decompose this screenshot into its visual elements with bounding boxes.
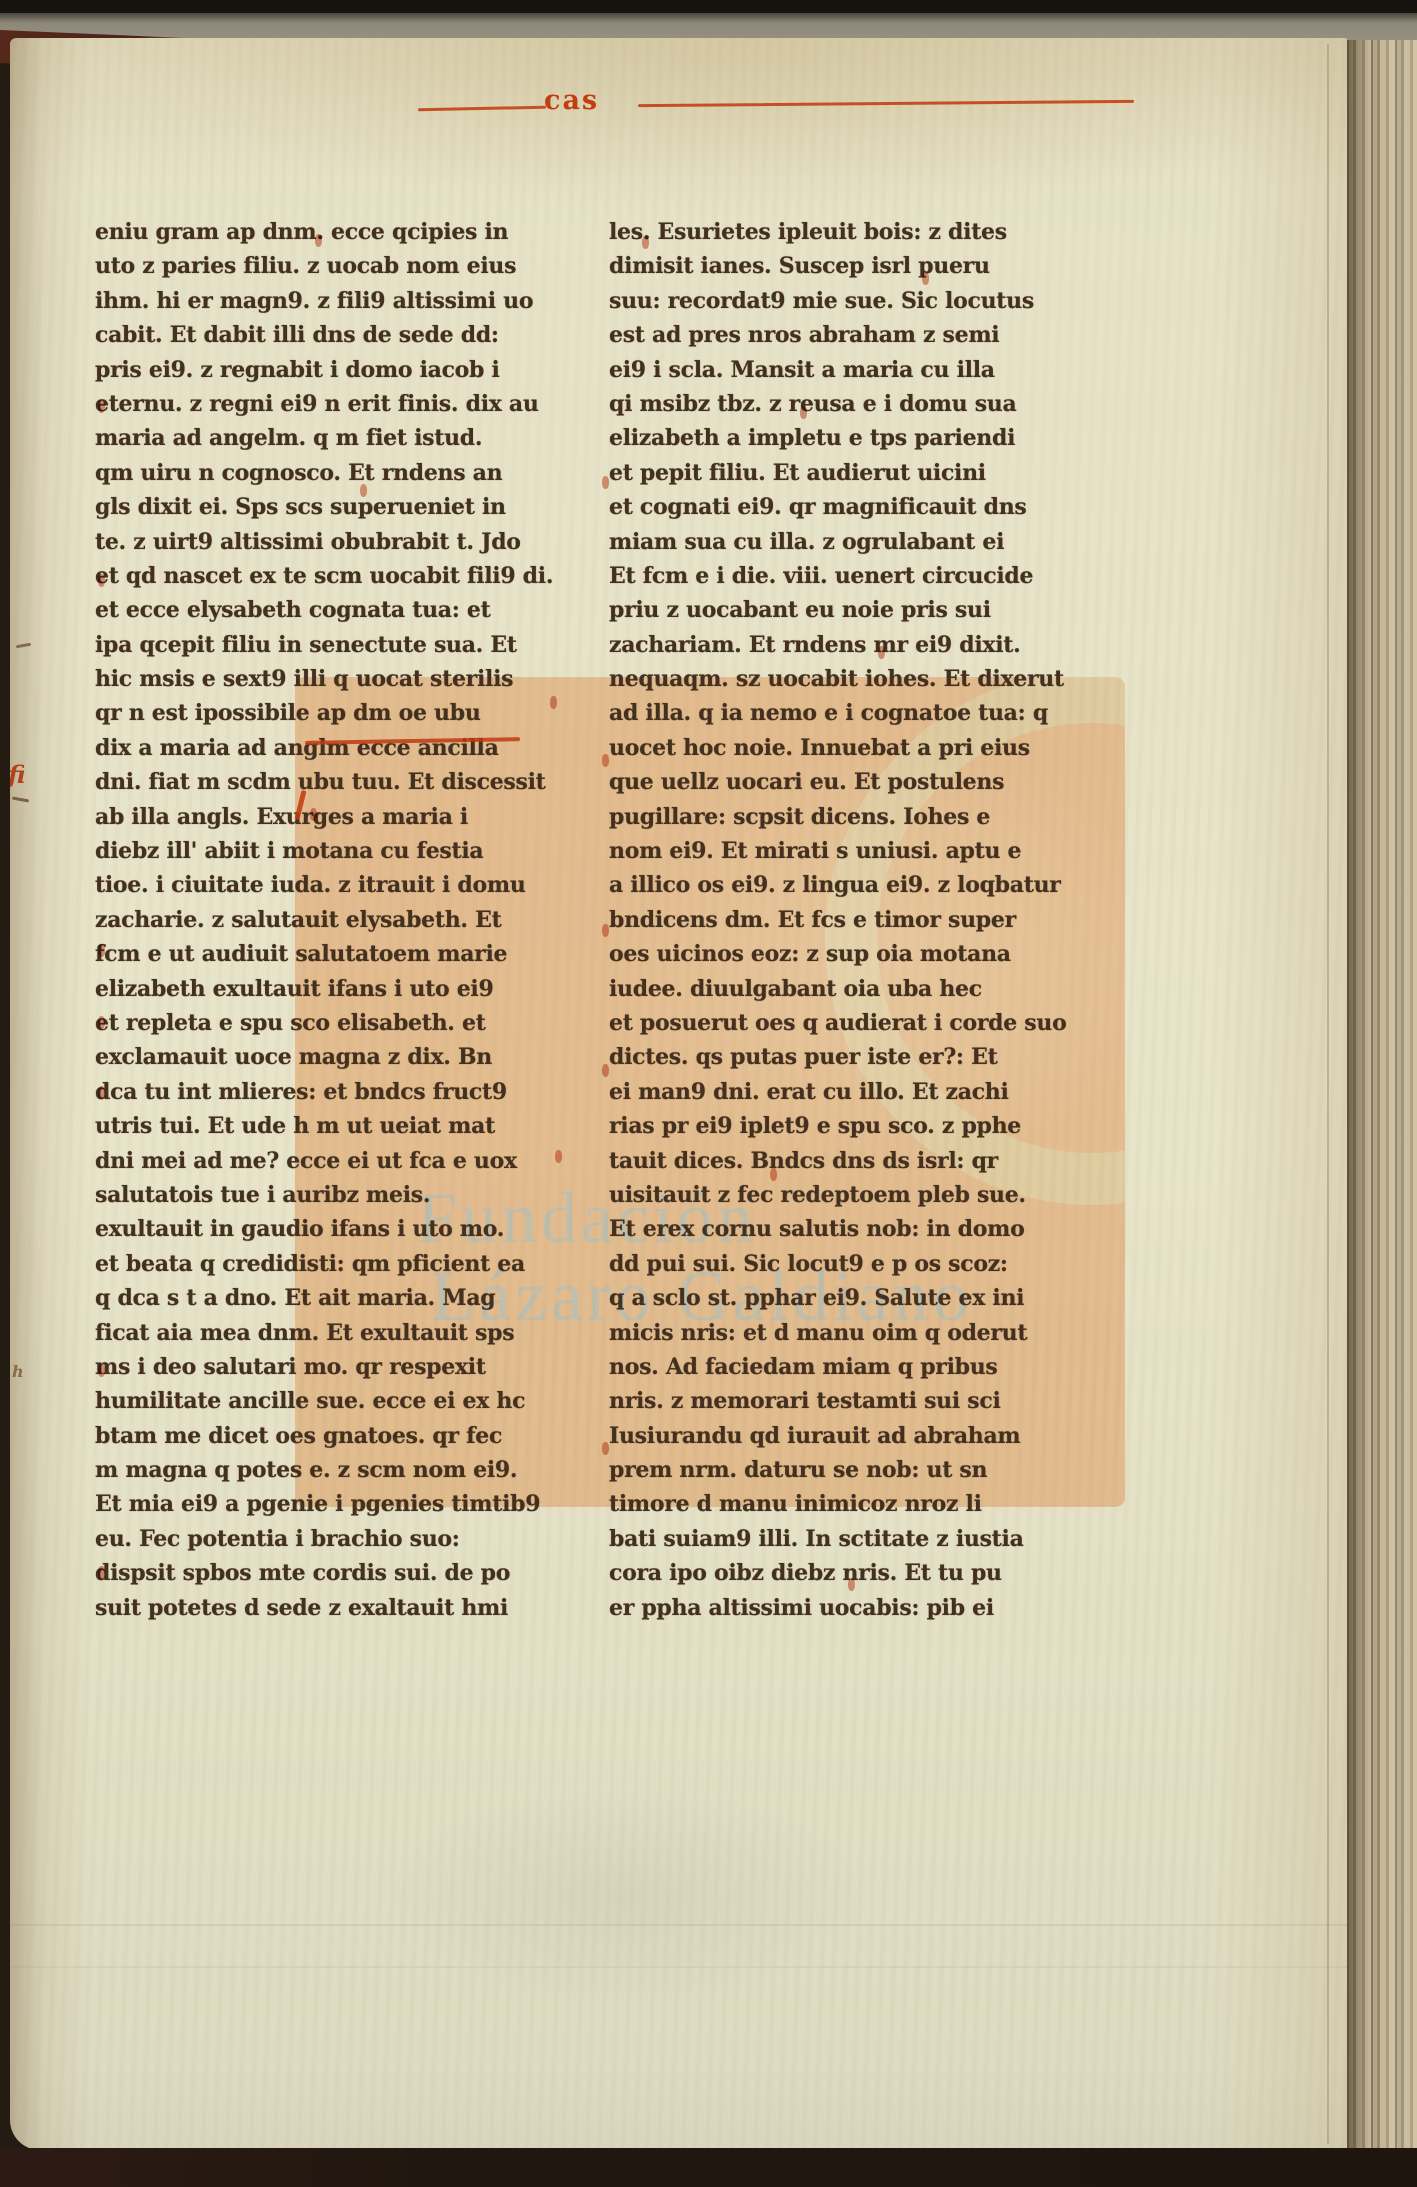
text-line: humilitate ancille sue. ecce ei ex hc (95, 1384, 591, 1418)
text-line: btam me dicet oes gnatoes. qr fec (95, 1419, 591, 1453)
parchment-page: cas Fundación Lázaro Galdiano eniu gram … (10, 38, 1347, 2150)
rubricated-initial-touch (98, 1016, 105, 1029)
page-edges-shading (1347, 0, 1417, 2187)
book-cover-bottom (0, 2148, 1417, 2187)
text-line: dix a maria ad anglm ecce ancilla (95, 731, 591, 765)
text-column-left: eniu gram ap dnm. ecce qcipies inuto z p… (95, 215, 591, 1625)
text-line: uto z paries filiu. z uocab nom eius (95, 249, 591, 283)
rubricated-initial-touch (98, 1566, 105, 1579)
rubricated-initial-touch (555, 1150, 562, 1163)
rubricated-initial-touch (642, 236, 649, 249)
text-line: prem nrm. daturu se nob: ut sn (609, 1453, 1105, 1487)
text-line: zachariam. Et rndens mr ei9 dixit. (609, 628, 1105, 662)
text-line: tauit dices. Bndcs dns ds isrl: qr (609, 1144, 1105, 1178)
text-line: et pepit filiu. Et audierut uicini (609, 456, 1105, 490)
rubricated-initial-touch (602, 924, 609, 937)
margin-mark-red: fi (10, 760, 25, 789)
text-line: les. Esurietes ipleuit bois: z dites (609, 215, 1105, 249)
text-line: dispsit spbos mte cordis sui. de po (95, 1556, 591, 1590)
text-line: er ppha altissimi uocabis: pib ei (609, 1591, 1105, 1625)
text-line: qr n est ipossibile ap dm oe ubu (95, 696, 591, 730)
text-line: ab illa angls. Exurges a maria i (95, 800, 591, 834)
text-line: Iusiurandu qd iurauit ad abraham (609, 1419, 1105, 1453)
text-line: et repleta e spu sco elisabeth. et (95, 1006, 591, 1040)
rubricated-initial-touch (922, 272, 929, 285)
text-line: q a sclo st. pphar ei9. Salute ex ini (609, 1281, 1105, 1315)
rubricated-initial-touch (848, 1578, 855, 1591)
rubricated-initial-touch (98, 574, 105, 587)
text-line: hic msis e sext9 illi q uocat sterilis (95, 662, 591, 696)
book-top-edge (0, 13, 1417, 40)
text-line: q dca s t a dno. Et ait maria. Mag (95, 1281, 591, 1315)
text-line: Et fcm e i die. viii. uenert circucide (609, 559, 1105, 593)
margin-dash (12, 797, 29, 803)
rubricated-initial-touch (770, 1168, 777, 1181)
text-line: dd pui sui. Sic locut9 e p os scoz: (609, 1247, 1105, 1281)
manuscript-photo: cas Fundación Lázaro Galdiano eniu gram … (0, 0, 1417, 2187)
text-line: eu. Fec potentia i brachio suo: (95, 1522, 591, 1556)
text-line: dca tu int mlieres: et bndcs fruct9 (95, 1075, 591, 1109)
text-line: fcm e ut audiuit salutatoem marie (95, 937, 591, 971)
text-line: micis nris: et d manu oim q oderut (609, 1316, 1105, 1350)
text-line: exclamauit uoce magna z dix. Bn (95, 1040, 591, 1074)
text-line: ms i deo salutari mo. qr respexit (95, 1350, 591, 1384)
text-line: priu z uocabant eu noie pris sui (609, 593, 1105, 627)
rubricated-initial-touch (550, 696, 557, 709)
rubricated-initial-touch (878, 646, 885, 659)
rubric-rule-right (638, 100, 1134, 107)
text-line: et qd nascet ex te scm uocabit fili9 di. (95, 559, 591, 593)
text-line: que uellz uocari eu. Et postulens (609, 765, 1105, 799)
rubricated-initial-touch (602, 476, 609, 489)
rubricated-initial-touch (98, 1364, 105, 1377)
text-line: ei9 i scla. Mansit a maria cu illa (609, 353, 1105, 387)
text-line: ipa qcepit filiu in senectute sua. Et (95, 628, 591, 662)
text-line: rias pr ei9 iplet9 e spu sco. z pphe (609, 1109, 1105, 1143)
fold-line (10, 1966, 1347, 1968)
text-line: diebz ill' abiit i motana cu festia (95, 834, 591, 868)
text-line: bndicens dm. Et fcs e timor super (609, 903, 1105, 937)
text-column-right: les. Esurietes ipleuit bois: z ditesdimi… (609, 215, 1105, 1625)
text-line: et cognati ei9. qr magnificauit dns (609, 490, 1105, 524)
rubricated-initial-touch (602, 754, 609, 767)
running-title: cas (544, 85, 599, 116)
text-line: dimisit ianes. Suscep isrl pueru (609, 249, 1105, 283)
text-line: te. z uirt9 altissimi obubrabit t. Jdo (95, 525, 591, 559)
text-line: ficat aia mea dnm. Et exultauit sps (95, 1316, 591, 1350)
text-line: nequaqm. sz uocabit iohes. Et dixerut (609, 662, 1105, 696)
text-line: ad illa. q ia nemo e i cognatoe tua: q (609, 696, 1105, 730)
text-line: uocet hoc noie. Innuebat a pri eius (609, 731, 1105, 765)
text-line: dni mei ad me? ecce ei ut fca e uox (95, 1144, 591, 1178)
margin-mark-brown: h (12, 1362, 24, 1381)
text-line: et ecce elysabeth cognata tua: et (95, 593, 591, 627)
text-line: eternu. z regni ei9 n erit finis. dix au (95, 387, 591, 421)
text-line: timore d manu inimicoz nroz li (609, 1487, 1105, 1521)
text-line: pris ei9. z regnabit i domo iacob i (95, 353, 591, 387)
text-line: cora ipo oibz diebz nris. Et tu pu (609, 1556, 1105, 1590)
margin-dash (16, 643, 31, 649)
text-line: est ad pres nros abraham z semi (609, 318, 1105, 352)
underlying-page-edge-line (1327, 44, 1329, 2144)
text-line: nris. z memorari testamti sui sci (609, 1384, 1105, 1418)
photo-top-border (0, 0, 1417, 13)
text-line: suu: recordat9 mie sue. Sic locutus (609, 284, 1105, 318)
text-line: maria ad angelm. q m fiet istud. (95, 421, 591, 455)
text-line: exultauit in gaudio ifans i uto mo. (95, 1212, 591, 1246)
text-line: iudee. diuulgabant oia uba hec (609, 972, 1105, 1006)
rubric-rule-left (418, 106, 546, 112)
text-line: zacharie. z salutauit elysabeth. Et (95, 903, 591, 937)
text-line: et posuerut oes q audierat i corde suo (609, 1006, 1105, 1040)
text-line: gls dixit ei. Sps scs superueniet in (95, 490, 591, 524)
text-line: utris tui. Et ude h m ut ueiat mat (95, 1109, 591, 1143)
text-line: pugillare: scpsit dicens. Iohes e (609, 800, 1105, 834)
text-line: bati suiam9 illi. In sctitate z iustia (609, 1522, 1105, 1556)
rubricated-initial-touch (602, 1442, 609, 1455)
text-line: salutatois tue i auribz meis. (95, 1178, 591, 1212)
rubricated-initial-touch (98, 1086, 105, 1099)
text-line: eniu gram ap dnm. ecce qcipies in (95, 215, 591, 249)
rubricated-initial-touch (310, 808, 317, 821)
rubricated-initial-touch (360, 484, 367, 497)
text-line: uisitauit z fec redeptoem pleb sue. (609, 1178, 1105, 1212)
text-line: qi msibz tbz. z reusa e i domu sua (609, 387, 1105, 421)
text-line: miam sua cu illa. z ogrulabant ei (609, 525, 1105, 559)
text-line: tioe. i ciuitate iuda. z itrauit i domu (95, 868, 591, 902)
text-line: et beata q credidisti: qm pficient ea (95, 1247, 591, 1281)
text-line: a illico os ei9. z lingua ei9. z loqbatu… (609, 868, 1105, 902)
rubricated-initial-touch (98, 400, 105, 413)
text-line: cabit. Et dabit illi dns de sede dd: (95, 318, 591, 352)
rubricated-initial-touch (315, 234, 322, 247)
text-line: dictes. qs putas puer iste er?: Et (609, 1040, 1105, 1074)
text-line: dni. fiat m scdm ubu tuu. Et discessit (95, 765, 591, 799)
text-line: elizabeth a impletu e tps pariendi (609, 421, 1105, 455)
text-line: elizabeth exultauit ifans i uto ei9 (95, 972, 591, 1006)
fold-line (10, 1924, 1347, 1926)
rubricated-initial-touch (800, 406, 807, 419)
text-line: nos. Ad faciedam miam q pribus (609, 1350, 1105, 1384)
rubricated-initial-touch (98, 944, 105, 957)
text-line: oes uicinos eoz: z sup oia motana (609, 937, 1105, 971)
text-line: Et erex cornu salutis nob: in domo (609, 1212, 1105, 1246)
text-line: ihm. hi er magn9. z fili9 altissimi uo (95, 284, 591, 318)
text-line: qm uiru n cognosco. Et rndens an (95, 456, 591, 490)
text-line: nom ei9. Et mirati s uniusi. aptu e (609, 834, 1105, 868)
text-line: Et mia ei9 a pgenie i pgenies timtib9 (95, 1487, 591, 1521)
text-line: suit potetes d sede z exaltauit hmi (95, 1591, 591, 1625)
rubricated-initial-touch (602, 1064, 609, 1077)
text-line: ei man9 dni. erat cu illo. Et zachi (609, 1075, 1105, 1109)
text-line: m magna q potes e. z scm nom ei9. (95, 1453, 591, 1487)
